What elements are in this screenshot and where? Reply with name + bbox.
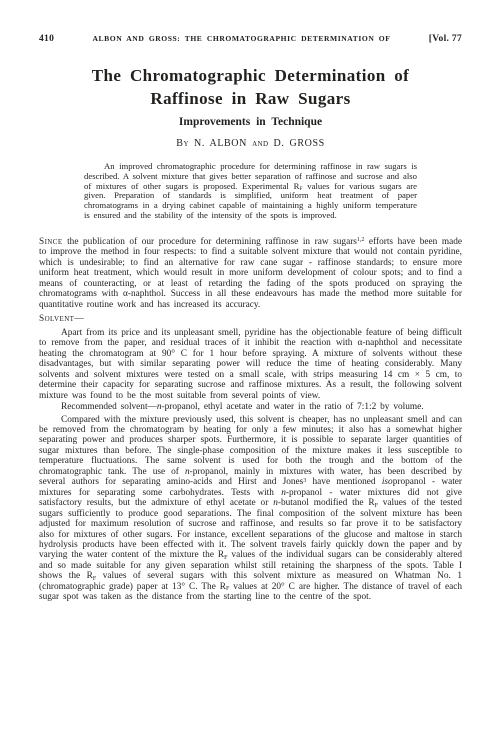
article-subtitle: Improvements in Technique: [39, 116, 462, 129]
abstract: An improved chromatographic procedure fo…: [84, 162, 417, 221]
journal-page: 410 ALBON AND GROSS: THE CHROMATOGRAPHIC…: [0, 0, 500, 731]
paragraph-solvent-2: Compared with the mixture previously use…: [39, 415, 462, 603]
paragraph-intro: Since the publication of our procedure f…: [39, 237, 462, 310]
paragraph-solvent-1: Apart from its price and its unpleasant …: [39, 328, 462, 401]
article-title-line1: The Chromatographic Determination of: [92, 66, 409, 85]
volume-label: [Vol. 77: [429, 33, 462, 45]
section-heading-solvent: Solvent—: [39, 314, 462, 325]
page-header: 410 ALBON AND GROSS: THE CHROMATOGRAPHIC…: [39, 33, 462, 45]
article-title-line2: Raffinose in Raw Sugars: [150, 89, 350, 108]
article-body: Since the publication of our procedure f…: [39, 237, 462, 603]
running-title: ALBON AND GROSS: THE CHROMATOGRAPHIC DET…: [54, 33, 429, 45]
paragraph-recommended-solvent: Recommended solvent—n-propanol, ethyl ac…: [39, 402, 462, 412]
article-title: The Chromatographic Determination ofRaff…: [39, 64, 462, 110]
byline: By N. ALBON and D. GROSS: [39, 138, 462, 150]
page-number: 410: [39, 33, 54, 45]
